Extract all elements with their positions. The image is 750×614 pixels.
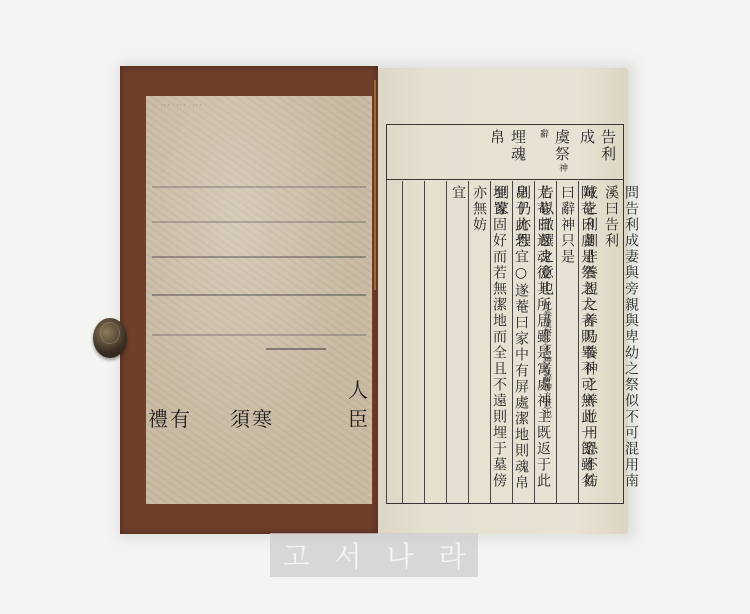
header-band: 告利成 虞祭神辭 埋魂帛 bbox=[387, 125, 623, 180]
text-column: 埋置固好而若無潔地而全且不遠則埋于墓傍亦無妨 bbox=[468, 181, 491, 503]
header-ujae: 虞祭神辭 bbox=[534, 129, 573, 179]
faded-ink-line bbox=[152, 294, 366, 296]
watermark-char: 서 bbox=[334, 535, 361, 575]
faded-ink-line bbox=[152, 256, 366, 258]
text-column: 陶菴曰虞是祭之大者賜畢不可無此一節雖名曰辭神只是 bbox=[556, 181, 579, 503]
empty-column bbox=[424, 181, 447, 503]
header-gorisung: 告利成 bbox=[577, 129, 619, 179]
watermark-char: 고 bbox=[282, 535, 309, 575]
text-column: 問告利成妻與旁親與卑幼之祭似不可混用南溪曰告利 bbox=[601, 181, 623, 503]
cover-text-3: 人臣 bbox=[348, 374, 372, 432]
left-cover: ⋯⋯⋯ 禮有 須寒 人臣 bbox=[120, 66, 378, 534]
faded-top-text: ⋯⋯⋯ bbox=[160, 100, 208, 111]
cover-text-2: 須寒 bbox=[230, 403, 274, 432]
text-column: 宜 bbox=[446, 181, 469, 503]
clasp-knob bbox=[100, 322, 120, 344]
cover-inner-paper: ⋯⋯⋯ 禮有 須寒 人臣 bbox=[146, 96, 372, 504]
header-maehonbaek: 埋魂帛 bbox=[487, 129, 529, 179]
watermark-char: 나 bbox=[386, 535, 413, 575]
right-page: 告利成 虞祭神辭 埋魂帛 問告利成妻與旁親與卑幼之祭似不可混用南溪曰告利 成之利… bbox=[378, 68, 628, 534]
metal-clasp bbox=[93, 318, 127, 358]
faded-ink-line bbox=[152, 334, 366, 336]
empty-column bbox=[402, 181, 425, 503]
faded-ink-line bbox=[152, 221, 366, 223]
watermark: 고 서 나 라 bbox=[270, 533, 478, 577]
faded-ink-line bbox=[152, 186, 366, 188]
ruled-frame: 告利成 虞祭神辭 埋魂帛 問告利成妻與旁親與卑幼之祭似不可混用南溪曰告利 成之利… bbox=[386, 124, 624, 504]
cover-text-1: 禮有 bbox=[148, 403, 192, 432]
faded-ink-line bbox=[266, 348, 326, 350]
watermark-char: 라 bbox=[438, 535, 465, 575]
empty-column bbox=[386, 181, 403, 503]
